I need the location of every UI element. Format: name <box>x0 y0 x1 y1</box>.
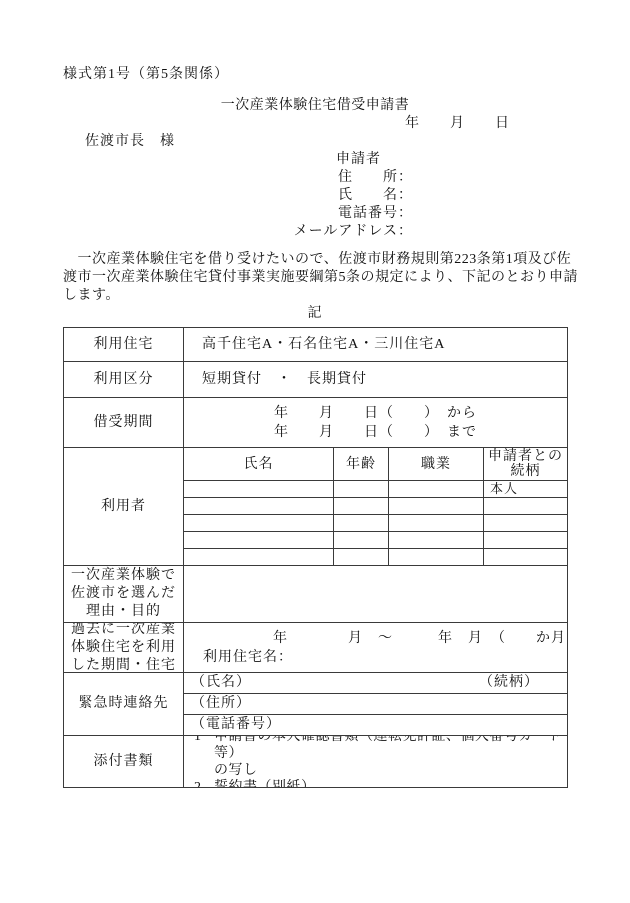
label-attachments: 添付書類 <box>64 736 184 788</box>
label-period: 借受期間 <box>64 398 184 448</box>
body-line-2: 渡市一次産業体験住宅貸付事業実施要綱第5条の規定により、下記のとおり申請 <box>63 269 567 287</box>
user-row2-occupation <box>389 498 484 515</box>
label-emergency-contact: 緊急時連絡先 <box>64 673 184 736</box>
label-past-use: 過去に一次産業 体験住宅を利用 した期間・住宅 <box>64 623 184 673</box>
user-row2-age <box>334 498 389 515</box>
emergency-phone-label: （電話番号） <box>191 716 281 734</box>
applicant-field-email: メールアドレス： <box>63 223 413 241</box>
attachment-item-1: 1 申請書の本人確認書類（運転免許証、個人番号カード等） の写し <box>184 736 567 779</box>
emergency-relation-label: （続柄） <box>479 674 539 692</box>
user-row2-name <box>184 498 334 515</box>
attachment-item-1-number: 1 <box>184 736 214 745</box>
record-mark: 記 <box>63 305 567 323</box>
value-reason <box>184 566 568 623</box>
value-attachments: 1 申請書の本人確認書類（運転免許証、個人番号カード等） の写し 2 誓約書（別… <box>184 736 568 788</box>
user-row3-occupation <box>389 515 484 532</box>
period-line-from: 年 月 日（ ） から <box>274 404 477 423</box>
user-row3-age <box>334 515 389 532</box>
value-housing: 高千住宅A・石名住宅A・三川住宅A <box>184 328 568 362</box>
attachment-item-2-number: 2 <box>184 779 214 789</box>
emergency-phone-row: （電話番号） <box>184 715 568 736</box>
label-users: 利用者 <box>64 448 184 566</box>
emergency-name-label: （氏名） <box>191 674 251 692</box>
user-row3-name <box>184 515 334 532</box>
emergency-name-row: （氏名） （続柄） <box>184 673 568 694</box>
addressee: 佐渡市長 様 <box>63 133 567 151</box>
label-housing: 利用住宅 <box>64 328 184 362</box>
period-line-to: 年 月 日（ ） まで <box>274 423 477 442</box>
applicant-block: 申請者 住 所： 氏 名： 電話番号： メールアドレス： <box>63 151 413 241</box>
user-row1-occupation <box>389 481 484 498</box>
value-past-use: 年 月 〜 年 月 （ か月間） 利用住宅名： <box>184 623 568 673</box>
user-row1-age <box>334 481 389 498</box>
form-number: 様式第1号（第5条関係） <box>63 66 567 84</box>
applicant-heading: 申請者 <box>63 151 413 169</box>
user-row4-occupation <box>389 532 484 549</box>
user-row5-occupation <box>389 549 484 566</box>
date-line: 年 月 日 <box>63 115 567 133</box>
application-form-page: 様式第1号（第5条関係） 一次産業体験住宅借受申請書 年 月 日 佐渡市長 様 … <box>0 0 630 903</box>
user-row5-relation <box>484 549 568 566</box>
label-reason: 一次産業体験で 佐渡市を選んだ 理由・目的 <box>64 566 184 623</box>
user-col-name: 氏名 <box>184 448 334 481</box>
applicant-field-name: 氏 名： <box>63 187 413 205</box>
user-row1-name <box>184 481 334 498</box>
user-col-relation: 申請者との 続柄 <box>484 448 568 481</box>
applicant-field-address: 住 所： <box>63 169 413 187</box>
body-line-3: します。 <box>63 287 567 305</box>
user-col-occupation: 職業 <box>389 448 484 481</box>
user-row2-relation <box>484 498 568 515</box>
user-row4-name <box>184 532 334 549</box>
value-period: 年 月 日（ ） から 年 月 日（ ） まで <box>184 398 568 448</box>
past-use-period-line: 年 月 〜 年 月 （ か月間） <box>273 629 568 648</box>
user-col-age: 年齢 <box>334 448 389 481</box>
user-row5-name <box>184 549 334 566</box>
past-use-housing-line: 利用住宅名： <box>203 648 293 667</box>
attachment-item-1-text: 申請書の本人確認書類（運転免許証、個人番号カード等） の写し <box>214 736 567 779</box>
attachment-item-2-text: 誓約書（別紙） <box>214 779 316 789</box>
application-table: 利用住宅 高千住宅A・石名住宅A・三川住宅A 利用区分 短期貸付 ・ 長期貸付 … <box>63 327 568 788</box>
user-row3-relation <box>484 515 568 532</box>
body-line-1: 一次産業体験住宅を借り受けたいので、佐渡市財務規則第223条第1項及び佐 <box>63 251 567 269</box>
emergency-address-label: （住所） <box>191 695 251 713</box>
user-row5-age <box>334 549 389 566</box>
applicant-field-phone: 電話番号： <box>63 205 413 223</box>
emergency-address-row: （住所） <box>184 694 568 715</box>
user-row1-relation-self: 本人 <box>484 481 568 498</box>
body-paragraph: 一次産業体験住宅を借り受けたいので、佐渡市財務規則第223条第1項及び佐 渡市一… <box>63 251 567 305</box>
document-title: 一次産業体験住宅借受申請書 <box>63 97 567 115</box>
label-category: 利用区分 <box>64 362 184 398</box>
user-row4-age <box>334 532 389 549</box>
user-row4-relation <box>484 532 568 549</box>
value-category: 短期貸付 ・ 長期貸付 <box>184 362 568 398</box>
attachment-item-2: 2 誓約書（別紙） <box>184 779 567 789</box>
